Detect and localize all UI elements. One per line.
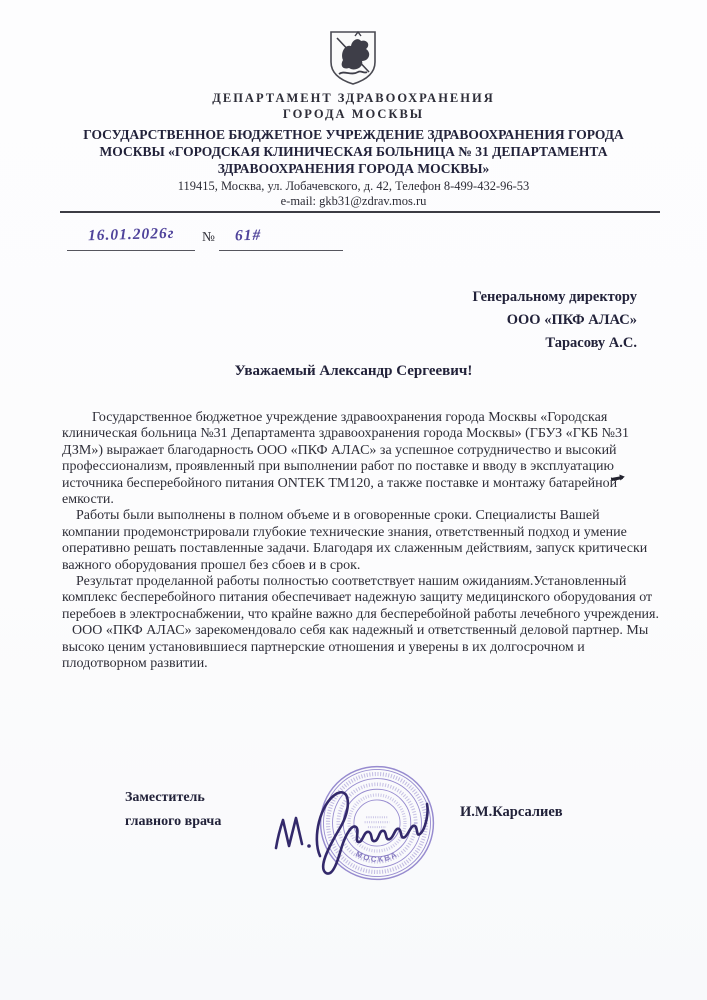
addressee-position: Генеральному директору <box>472 286 637 309</box>
body-paragraph: Государственное бюджетное учреждение здр… <box>62 410 660 508</box>
body-paragraph: ООО «ПКФ АЛАС» зарекомендовало себя как … <box>62 623 660 672</box>
department-name-line2: ГОРОДА МОСКВЫ <box>0 107 707 122</box>
addressee-company: ООО «ПКФ АЛАС» <box>472 309 637 332</box>
body-paragraph: Работы были выполнены в полном объеме и … <box>62 508 660 574</box>
scanned-letter-page: ДЕПАРТАМЕНТ ЗДРАВООХРАНЕНИЯ ГОРОДА МОСКВ… <box>0 0 707 1000</box>
moscow-coat-of-arms-icon <box>325 30 381 86</box>
signer-name: И.М.Карсалиев <box>460 804 563 821</box>
signer-title-line2: главного врача <box>125 810 221 834</box>
organization-email: e-mail: gkb31@zdrav.mos.ru <box>0 194 707 209</box>
salutation: Уважаемый Александр Сергеевич! <box>0 363 707 380</box>
handwritten-signature <box>268 778 445 882</box>
signer-title: Заместитель главного врача <box>125 786 221 834</box>
letterhead-divider <box>60 211 660 213</box>
organization-address: 119415, Москва, ул. Лобачевского, д. 42,… <box>0 179 707 194</box>
signer-title-line1: Заместитель <box>125 786 221 810</box>
addressee-person: Тарасову А.С. <box>472 332 637 355</box>
letter-body: Государственное бюджетное учреждение здр… <box>62 410 660 673</box>
handwritten-date: 16.01.2026г <box>88 225 175 245</box>
department-name-line1: ДЕПАРТАМЕНТ ЗДРАВООХРАНЕНИЯ <box>0 91 707 106</box>
organization-name: ГОСУДАРСТВЕННОЕ БЮДЖЕТНОЕ УЧРЕЖДЕНИЕ ЗДР… <box>66 127 641 177</box>
handwritten-number: 61# <box>235 227 262 246</box>
reference-line: 16.01.2026г№61# <box>67 226 343 252</box>
date-blank: 16.01.2026г <box>67 226 195 251</box>
number-blank: 61# <box>219 227 343 251</box>
addressee-block: Генеральному директору ООО «ПКФ АЛАС» Та… <box>472 286 637 355</box>
number-label: № <box>202 229 215 251</box>
body-paragraph: Результат проделанной работы полностью с… <box>62 574 660 623</box>
